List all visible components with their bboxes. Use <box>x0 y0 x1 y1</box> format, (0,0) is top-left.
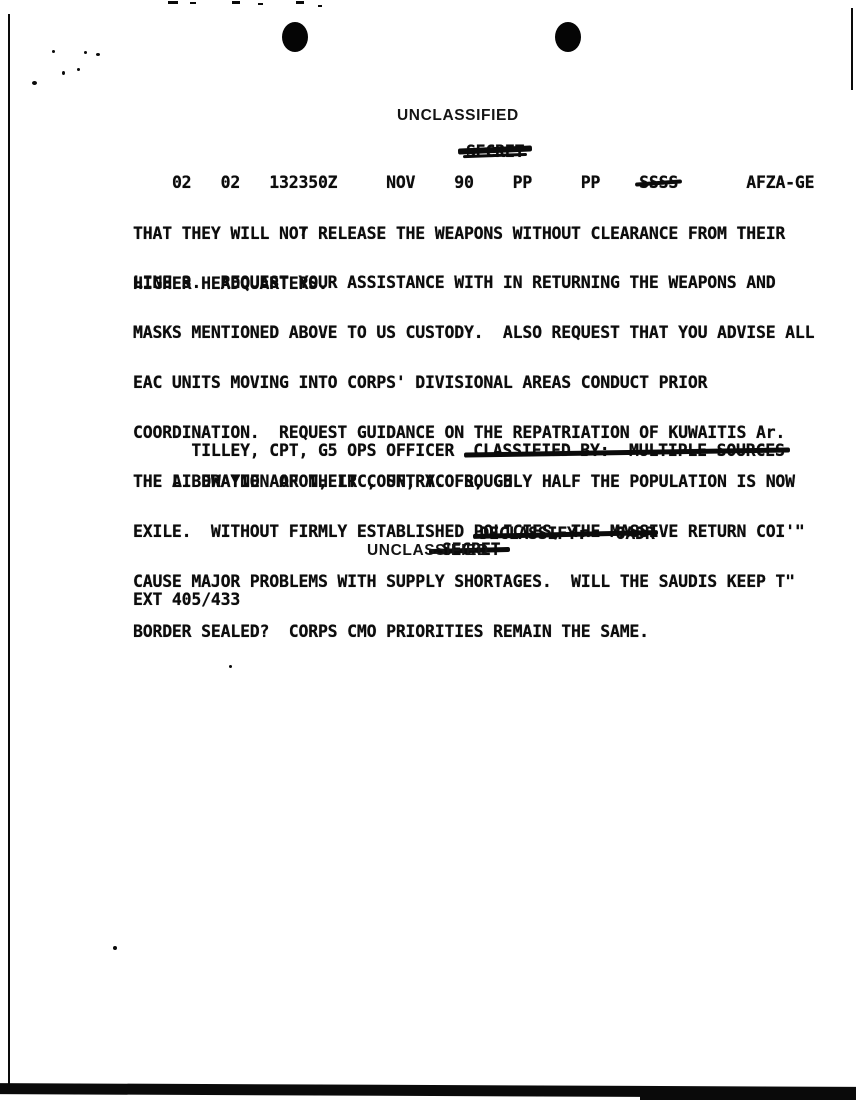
speckle <box>52 50 55 53</box>
speckle <box>84 51 87 54</box>
speckle <box>62 71 65 75</box>
hole-punch-right <box>555 22 581 52</box>
speckle <box>113 946 117 950</box>
struck-classified-by: CLASSIFIED BY: MULTIPLE SOURCES <box>473 443 784 460</box>
document-line: LINE 3. REQUEST YOUR ASSISTANCE WITH IN … <box>133 275 814 292</box>
speckle <box>32 81 37 85</box>
hole-punch-left <box>282 22 308 52</box>
document-line: EAC UNITS MOVING INTO CORPS' DIVISIONAL … <box>133 375 814 392</box>
document-line: THAT THEY WILL NOT RELEASE THE WEAPONS W… <box>133 226 785 243</box>
scan-dash <box>168 1 178 4</box>
struck-classification-code: SSSS <box>639 175 678 192</box>
document-line: MASKS MENTIONED ABOVE TO US CUSTODY. ALS… <box>133 325 814 342</box>
scan-dash <box>318 5 322 7</box>
officer-line: TILLEY, CPT, G5 OPS OFFICERCLASSIFIED BY… <box>133 426 785 476</box>
bottom-stamp-unclassified: UNCLASSIFIED <box>367 542 489 559</box>
speckle <box>77 68 80 71</box>
header-suffix: AFZA-GE <box>678 173 814 192</box>
officer-name: TILLEY, CPT, G5 OPS OFFICER <box>191 441 454 460</box>
signature-line: A. DWAYNE AARON, LTC, SF, ACOFS, G5 <box>172 474 513 491</box>
scan-dash <box>232 1 240 4</box>
scan-dash <box>190 2 196 4</box>
scan-dash <box>258 3 263 5</box>
scan-edge-left <box>8 14 10 1086</box>
scanned-document-page: UNCLASSIFIED SECRET 02 02 132350Z NOV 90… <box>0 0 856 1104</box>
scan-bar-bottom-segment <box>640 1096 856 1100</box>
signoff-block: TILLEY, CPT, G5 OPS OFFICERCLASSIFIED BY… <box>133 393 785 642</box>
header-prefix: 02 02 132350Z NOV 90 PP PP <box>172 173 639 192</box>
top-stamp-unclassified: UNCLASSIFIED <box>397 107 519 124</box>
scan-edge-right <box>851 8 853 90</box>
struck-declassify: DECLASSIFY: OADR <box>479 526 654 543</box>
scan-dash <box>296 1 304 4</box>
speckle <box>96 53 100 56</box>
ext-line: EXT 405/433 <box>133 592 785 609</box>
